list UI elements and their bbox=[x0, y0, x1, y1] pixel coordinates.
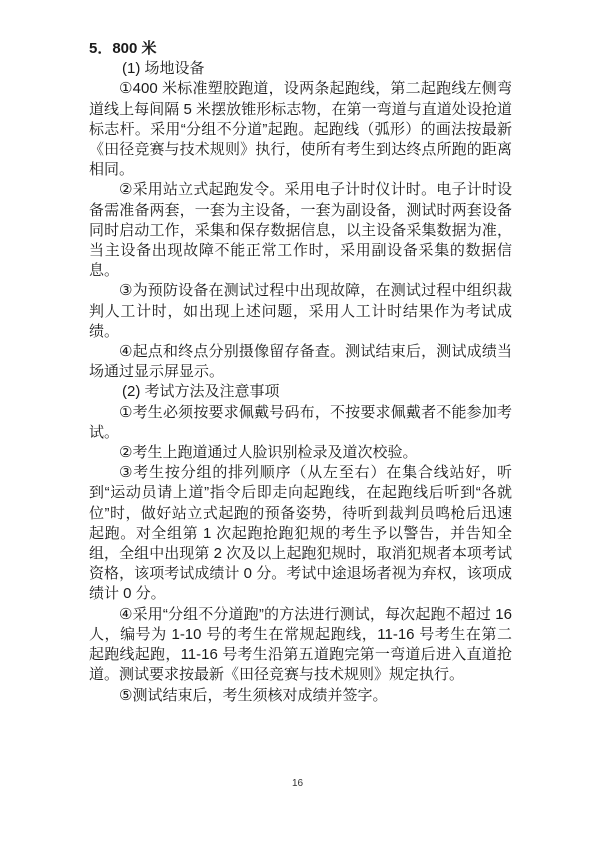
paragraph-method-5: ⑤测试结束后，考生须核对成绩并签字。 bbox=[89, 686, 512, 706]
subsection-heading-venue-equipment: (1) 场地设备 bbox=[89, 59, 512, 79]
subsection-heading-test-method: (2) 考试方法及注意事项 bbox=[89, 382, 512, 402]
paragraph-venue-1: ①400 米标准塑胶跑道，设两条起跑线，第二起跑线左侧弯道线上每间隔 5 米摆放… bbox=[89, 79, 512, 180]
paragraph-method-4: ④采用“分组不分道跑”的方法进行测试，每次起跑不超过 16 人，编号为 1-10… bbox=[89, 605, 512, 686]
paragraph-venue-4: ④起点和终点分别摄像留存备查。测试结束后，测试成绩当场通过显示屏显示。 bbox=[89, 342, 512, 382]
paragraph-method-1: ①考生必须按要求佩戴号码布，不按要求佩戴者不能参加考试。 bbox=[89, 403, 512, 443]
document-page: 5．800 米 (1) 场地设备 ①400 米标准塑胶跑道，设两条起跑线，第二起… bbox=[0, 0, 595, 842]
paragraph-venue-2: ②采用站立式起跑发令。采用电子计时仪计时。电子计时设备需准备两套，一套为主设备，… bbox=[89, 180, 512, 281]
paragraph-method-3: ③考生按分组的排列顺序（从左至右）在集合线站好，听到“运动员请上道”指令后即走向… bbox=[89, 463, 512, 604]
page-number: 16 bbox=[0, 778, 595, 789]
paragraph-method-2: ②考生上跑道通过人脸识别检录及道次校验。 bbox=[89, 443, 512, 463]
paragraph-venue-3: ③为预防设备在测试过程中出现故障，在测试过程中组织裁判人工计时，如出现上述问题，… bbox=[89, 281, 512, 342]
document-content: 5．800 米 (1) 场地设备 ①400 米标准塑胶跑道，设两条起跑线，第二起… bbox=[89, 39, 512, 706]
section-title: 5．800 米 bbox=[89, 39, 512, 59]
